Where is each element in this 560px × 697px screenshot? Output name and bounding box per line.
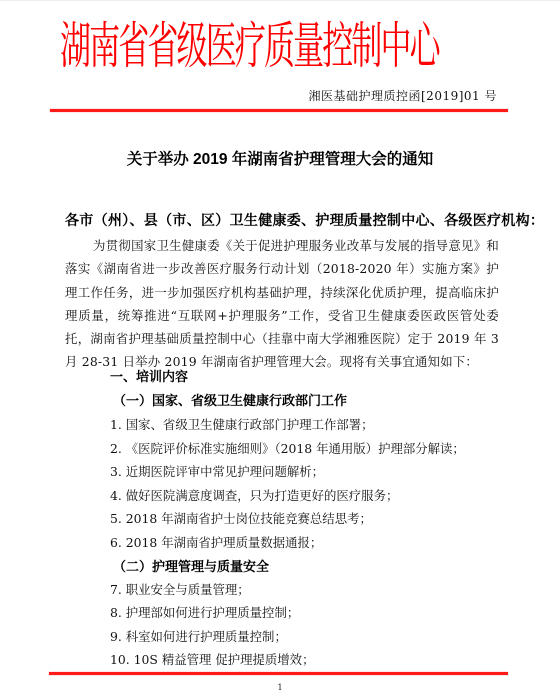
section-heading: 一、培训内容 (110, 366, 188, 385)
list-item: 9. 科室如何进行护理质量控制； (110, 627, 287, 645)
list-item: 6. 2018 年湖南省护理质量数据通报； (110, 533, 322, 551)
masthead-org-name: 湖南省省级医疗质量控制中心 (60, 13, 494, 79)
list-item: 5. 2018 年湖南省护士岗位技能竞赛总结思考； (110, 509, 372, 527)
notice-addressee: 各市（州）、县（市、区）卫生健康委、护理质量控制中心、各级医疗机构： (65, 210, 544, 230)
notice-title: 关于举办 2019 年湖南省护理管理大会的通知 (0, 147, 560, 169)
list-item: 7. 职业安全与质量管理； (110, 580, 250, 598)
intro-paragraph: 为贯彻国家卫生健康委《关于促进护理服务业改革与发展的指导意见》和落实《湖南省进一… (65, 234, 499, 374)
footer-red-divider (49, 672, 508, 675)
list-item: 3. 近期医院评审中常见护理问题解析； (110, 462, 324, 480)
list-item: 2. 《医院评价标准实施细则》（2018 年通用版）护理部分解读； (110, 439, 465, 457)
subsection-heading: （一）国家、省级卫生健康行政部门工作 (113, 390, 347, 409)
page-number: 1 (0, 683, 560, 692)
document-page: 湖南省省级医疗质量控制中心 湘医基础护理质控函[2019]01 号 关于举办 2… (0, 1, 560, 697)
list-item: 4. 做好医院满意度调查，只为打造更好的医疗服务； (110, 486, 398, 504)
list-item: 1. 国家、省级卫生健康行政部门护理工作部署； (110, 415, 374, 433)
list-item: 10. 10S 精益管理 促护理提质增效； (110, 650, 314, 668)
document-number: 湘医基础护理质控函[2019]01 号 (309, 87, 498, 104)
header-red-divider (50, 109, 508, 112)
subsection-heading: （二）护理管理与质量安全 (113, 556, 269, 575)
list-item: 8. 护理部如何进行护理质量控制； (110, 603, 299, 621)
